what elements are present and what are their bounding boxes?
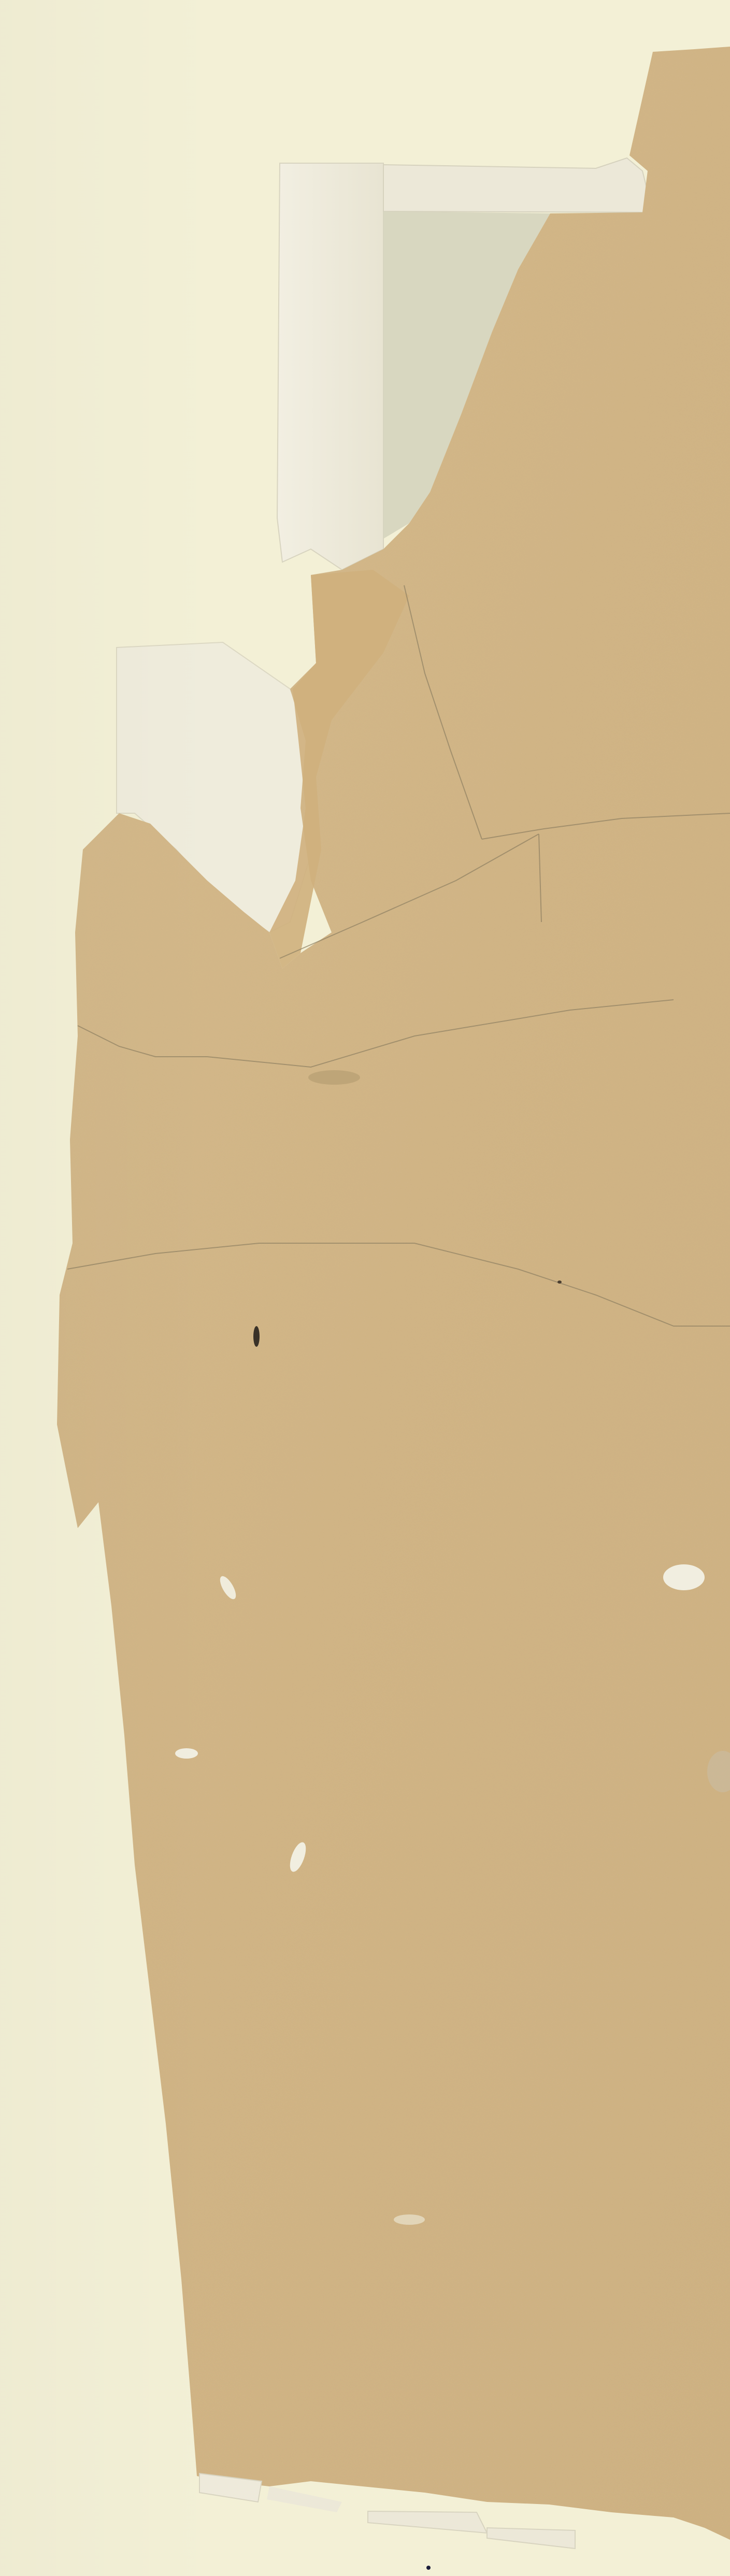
tape-top-left-vertical (277, 163, 383, 570)
paper-fragment-scan (0, 0, 730, 2576)
tape-top-horizontal (383, 158, 653, 212)
